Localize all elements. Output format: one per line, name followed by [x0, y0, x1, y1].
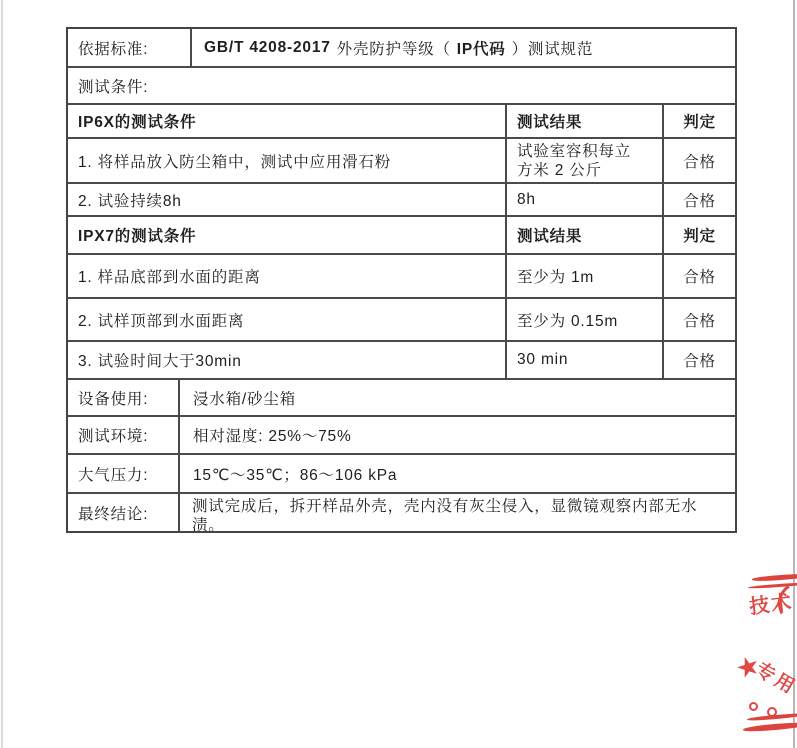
pressure-value: 15℃～35℃；86～106 kPa: [180, 455, 735, 492]
table-row-environment: 测试环境: 相对湿度: 25%～75%: [68, 417, 735, 455]
scan-left-edge-line: [1, 0, 3, 748]
ipx7-row1-judge: 合格: [664, 255, 735, 297]
conditions-label: 测试条件:: [68, 68, 735, 103]
environment-value: 相对湿度: 25%～75%: [180, 417, 735, 453]
table-row-ipx7-header: IPX7的测试条件 测试结果 判定: [68, 217, 735, 255]
table-row-conclusion: 最终结论: 测试完成后，拆开样品外壳，壳内没有灰尘侵入，显微镜观察内部无水渍。 …: [68, 494, 735, 531]
ipx7-row3-item: 3. 试验时间大于30min: [68, 342, 507, 378]
standard-text-post: ）测试规范: [512, 37, 594, 59]
standard-code: GB/T 4208-2017: [204, 39, 331, 57]
conclusion-line-1: 测试完成后，拆开样品外壳，壳内没有灰尘侵入，显微镜观察内部无水渍。: [192, 497, 727, 531]
ip6x-judge-header: 判定: [664, 105, 735, 137]
environment-label: 测试环境:: [68, 417, 180, 453]
table-row-ipx7-3: 3. 试验时间大于30min 30 min 合格: [68, 342, 735, 380]
ipx7-row1-item: 1. 样品底部到水面的距离: [68, 255, 507, 297]
ipx7-judge-header: 判定: [664, 217, 735, 253]
ip6x-row2-judge: 合格: [664, 184, 735, 215]
ip6x-row2-item: 2. 试验持续8h: [68, 184, 507, 215]
table-row-equipment: 设备使用: 浸水箱/砂尘箱: [68, 380, 735, 417]
table-row-ipx7-1: 1. 样品底部到水面的距离 至少为 1m 合格: [68, 255, 735, 299]
stamp-ring-arc: [743, 721, 797, 733]
ip6x-row1-item: 1. 将样品放入防尘箱中，测试中应用滑石粉: [68, 139, 507, 182]
pressure-label: 大气压力:: [68, 455, 180, 492]
table-row-pressure: 大气压力: 15℃～35℃；86～106 kPa: [68, 455, 735, 494]
ipx7-row2-result: 至少为 0.15m: [507, 299, 664, 340]
ip6x-row1-result: 试验室容积每立方米 2 公斤: [507, 139, 664, 182]
scan-right-edge-line: [793, 0, 795, 748]
table-row-standard: 依据标准: GB/T 4208-2017 外壳防护等级（IP代码）测试规范: [68, 29, 735, 68]
table-row-ip6x-1: 1. 将样品放入防尘箱中，测试中应用滑石粉 试验室容积每立方米 2 公斤 合格: [68, 139, 735, 184]
ip6x-result-header: 测试结果: [507, 105, 664, 137]
conclusion-value: 测试完成后，拆开样品外壳，壳内没有灰尘侵入，显微镜观察内部无水渍。 防护等级（I…: [180, 494, 735, 531]
ipx7-row2-judge: 合格: [664, 299, 735, 340]
standard-text-pre: 外壳防护等级（: [337, 37, 451, 59]
stamp-small-mark: [749, 702, 758, 711]
table-row-ip6x-2: 2. 试验持续8h 8h 合格: [68, 184, 735, 217]
table-row-ipx7-2: 2. 试样顶部到水面距离 至少为 0.15m 合格: [68, 299, 735, 342]
ip6x-title: IP6X的测试条件: [68, 105, 507, 137]
scanned-test-report-page: 依据标准: GB/T 4208-2017 外壳防护等级（IP代码）测试规范 测试…: [0, 0, 797, 748]
test-report-table: 依据标准: GB/T 4208-2017 外壳防护等级（IP代码）测试规范 测试…: [66, 27, 737, 533]
equipment-value: 浸水箱/砂尘箱: [180, 380, 735, 415]
ip6x-row1-judge: 合格: [664, 139, 735, 182]
ipx7-result-header: 测试结果: [507, 217, 664, 253]
ipx7-row3-judge: 合格: [664, 342, 735, 378]
conclusion-label: 最终结论:: [68, 494, 180, 531]
ipx7-row3-result: 30 min: [507, 342, 664, 378]
standard-label: 依据标准:: [68, 29, 192, 66]
equipment-label: 设备使用:: [68, 380, 180, 415]
red-stamp-fragment-top: 技术: [746, 569, 797, 633]
red-stamp-fragment-bottom: ★ 专用: [738, 656, 797, 740]
ipx7-row2-item: 2. 试样顶部到水面距离: [68, 299, 507, 340]
stamp-ring-arc: [752, 573, 797, 582]
ip6x-row2-result: 8h: [507, 184, 664, 215]
standard-ip-code: IP代码: [457, 37, 506, 59]
table-row-conditions: 测试条件:: [68, 68, 735, 105]
ipx7-title: IPX7的测试条件: [68, 217, 507, 253]
table-row-ip6x-header: IP6X的测试条件 测试结果 判定: [68, 105, 735, 139]
ipx7-row1-result: 至少为 1m: [507, 255, 664, 297]
standard-value: GB/T 4208-2017 外壳防护等级（IP代码）测试规范: [192, 29, 735, 66]
